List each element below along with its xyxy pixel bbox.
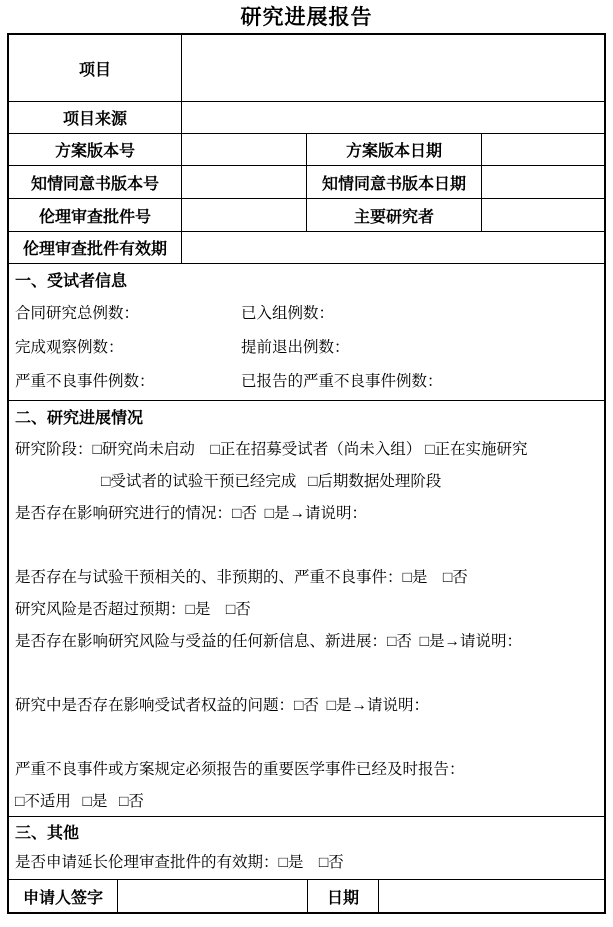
completed-observation-cases-label[interactable]: 完成观察例数：	[15, 331, 241, 365]
explanation-blank-line[interactable]	[15, 658, 598, 690]
extend-approval-validity-line[interactable]: 是否申请延长伦理审查批件的有效期：□是 □否	[15, 848, 598, 877]
consent-version-value-field[interactable]	[181, 166, 306, 198]
project-label: 项目	[9, 35, 181, 101]
study-stage-options-line[interactable]: 研究阶段：□研究尚未启动 □正在招募受试者（尚未入组） □正在实施研究	[15, 434, 598, 466]
subject-stats-row: 完成观察例数： 提前退出例数：	[15, 331, 598, 365]
applicant-signature-field[interactable]	[117, 880, 307, 912]
applicant-signature-label: 申请人签字	[9, 880, 117, 912]
explanation-blank-line[interactable]	[15, 530, 598, 562]
project-source-label: 项目来源	[9, 102, 181, 133]
row-ethics-approval-validity: 伦理审查批件有效期	[9, 231, 604, 263]
date-field[interactable]	[378, 880, 604, 912]
progress-report-form: 项目 项目来源 方案版本号 方案版本日期 知情同意书版本号 知情同意书版本日期 …	[7, 33, 606, 914]
section-subject-info: 一、受试者信息 合同研究总例数： 已入组例数： 完成观察例数： 提前退出例数： …	[9, 264, 604, 400]
protocol-version-date-label: 方案版本日期	[306, 134, 481, 165]
section-research-progress: 二、研究进展情况 研究阶段：□研究尚未启动 □正在招募受试者（尚未入组） □正在…	[9, 401, 604, 816]
issues-affecting-study-line[interactable]: 是否存在影响研究进行的情况：□否 □是→请说明：	[15, 498, 598, 530]
page-title: 研究进展报告	[7, 4, 606, 31]
ethics-approval-number-label: 伦理审查批件号	[9, 199, 181, 231]
new-information-line[interactable]: 是否存在影响研究风险与受益的任何新信息、新进展：□否 □是→请说明：	[15, 626, 598, 658]
risk-exceeds-expectation-line[interactable]: 研究风险是否超过预期：□是 □否	[15, 594, 598, 626]
row-project-source: 项目来源	[9, 101, 604, 133]
unexpected-sae-line[interactable]: 是否存在与试验干预相关的、非预期的、严重不良事件：□是 □否	[15, 562, 598, 594]
principal-investigator-value-field[interactable]	[481, 199, 604, 231]
protocol-version-label: 方案版本号	[9, 134, 181, 165]
row-section-progress: 二、研究进展情况 研究阶段：□研究尚未启动 □正在招募受试者（尚未入组） □正在…	[9, 400, 604, 816]
section3-heading: 三、其他	[15, 819, 598, 848]
principal-investigator-label: 主要研究者	[306, 199, 481, 231]
reported-sae-cases-label[interactable]: 已报告的严重不良事件例数：	[241, 365, 598, 399]
row-signature: 申请人签字 日期	[9, 879, 604, 912]
ethics-approval-number-value-field[interactable]	[181, 199, 306, 231]
section2-heading: 二、研究进展情况	[15, 403, 598, 434]
subject-stats-row: 严重不良事件例数： 已报告的严重不良事件例数：	[15, 365, 598, 399]
timely-report-options-line[interactable]: □不适用 □是 □否	[15, 786, 598, 816]
document-page: 研究进展报告 项目 项目来源 方案版本号 方案版本日期 知情同意书版本号 知情同…	[0, 0, 613, 927]
explanation-blank-line[interactable]	[15, 722, 598, 754]
consent-version-date-value-field[interactable]	[481, 166, 604, 198]
subject-stats-row: 合同研究总例数： 已入组例数：	[15, 297, 598, 331]
row-consent-version: 知情同意书版本号 知情同意书版本日期	[9, 165, 604, 198]
protocol-version-value-field[interactable]	[181, 134, 306, 165]
row-protocol-version: 方案版本号 方案版本日期	[9, 133, 604, 165]
row-section-other: 三、其他 是否申请延长伦理审查批件的有效期：□是 □否	[9, 816, 604, 879]
subject-rights-issues-line[interactable]: 研究中是否存在影响受试者权益的问题：□否 □是→请说明：	[15, 690, 598, 722]
date-label: 日期	[307, 880, 378, 912]
section1-heading: 一、受试者信息	[15, 266, 598, 297]
consent-version-date-label: 知情同意书版本日期	[306, 166, 481, 198]
section-other: 三、其他 是否申请延长伦理审查批件的有效期：□是 □否	[9, 817, 604, 879]
total-contracted-cases-label[interactable]: 合同研究总例数：	[15, 297, 241, 331]
project-source-value-field[interactable]	[181, 102, 604, 133]
study-stage-options-line-2[interactable]: □受试者的试验干预已经完成 □后期数据处理阶段	[101, 466, 598, 498]
consent-version-label: 知情同意书版本号	[9, 166, 181, 198]
row-project: 项目	[9, 35, 604, 101]
enrolled-cases-label[interactable]: 已入组例数：	[241, 297, 598, 331]
timely-report-statement-line: 严重不良事件或方案规定必须报告的重要医学事件已经及时报告：	[15, 754, 598, 786]
ethics-approval-validity-value-field[interactable]	[181, 232, 604, 263]
row-section-subjects: 一、受试者信息 合同研究总例数： 已入组例数： 完成观察例数： 提前退出例数： …	[9, 263, 604, 400]
protocol-version-date-value-field[interactable]	[481, 134, 604, 165]
early-withdrawal-cases-label[interactable]: 提前退出例数：	[241, 331, 598, 365]
sae-cases-label[interactable]: 严重不良事件例数：	[15, 365, 241, 399]
ethics-approval-validity-label: 伦理审查批件有效期	[9, 232, 181, 263]
row-ethics-approval-number: 伦理审查批件号 主要研究者	[9, 198, 604, 231]
project-value-field[interactable]	[181, 35, 604, 101]
